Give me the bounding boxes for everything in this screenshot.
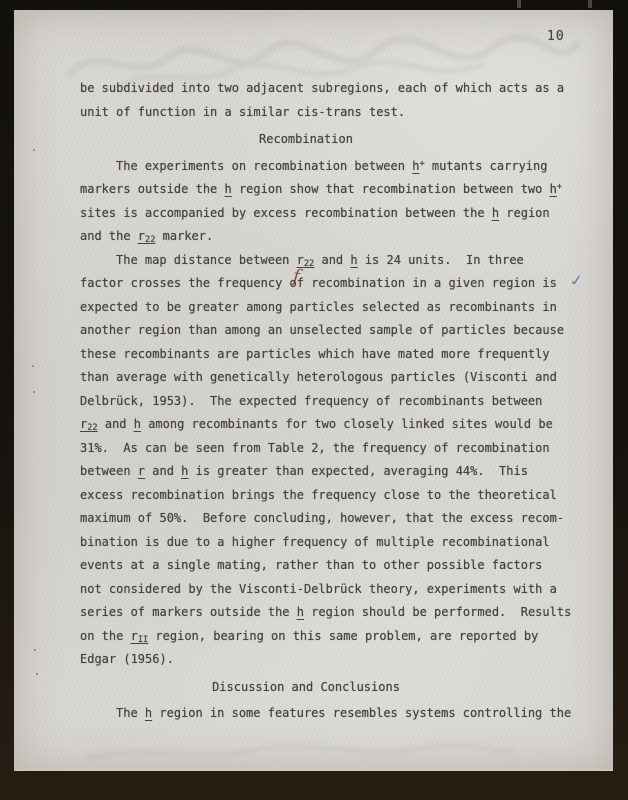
text-line: these recombinants are particles which h… — [80, 343, 560, 367]
text-line: factor crosses the frequency off recombi… — [80, 272, 560, 296]
scanned-page: 10 be subdivided into two adjacent subre… — [14, 10, 613, 771]
text-line: maximum of 50%. Before concluding, howev… — [80, 507, 560, 531]
paper-speck — [33, 391, 35, 393]
paper-speck — [36, 673, 38, 675]
section-heading: Discussion and Conclusions — [66, 676, 546, 700]
paper-speck — [33, 149, 35, 151]
text-line: The experiments on recombination between… — [80, 155, 560, 179]
text-line: another region than among an unselected … — [80, 319, 560, 343]
handwritten-correction: f — [292, 265, 301, 289]
text-line: excess recombination brings the frequenc… — [80, 484, 560, 508]
text-line: on the rII region, bearing on this same … — [80, 625, 560, 649]
text-line: The h region in some features resembles … — [80, 702, 560, 726]
text-line: 31%. As can be seen from Table 2, the fr… — [80, 437, 560, 461]
typed-text: be subdivided into two adjacent subregio… — [80, 77, 560, 726]
section-heading: Recombination — [66, 128, 546, 152]
text-line: bination is due to a higher frequency of… — [80, 531, 560, 555]
paper-speck — [32, 365, 34, 367]
text-line: between r and h is greater than expected… — [80, 460, 560, 484]
paper-speck — [34, 649, 36, 651]
text-line: sites is accompanied by excess recombina… — [80, 202, 560, 226]
text-line: unit of function in a similar cis-trans … — [80, 101, 560, 125]
bleedthrough-ghost-text — [84, 740, 514, 766]
text-line: Edgar (1956). — [80, 648, 560, 672]
text-line: events at a single mating, rather than t… — [80, 554, 560, 578]
text-line: not considered by the Visconti-Delbrück … — [80, 578, 560, 602]
text-line: r22 and h among recombinants for two clo… — [80, 413, 560, 437]
text-line: Delbrück, 1953). The expected frequency … — [80, 390, 560, 414]
text-line: and the r22 marker. — [80, 225, 560, 249]
text-line: series of markers outside the h region s… — [80, 601, 560, 625]
margin-checkmark: ✓ — [568, 268, 585, 294]
text-line: markers outside the h region show that r… — [80, 178, 560, 202]
text-line: The map distance between r22 and h is 24… — [80, 249, 560, 273]
film-notch — [588, 0, 592, 8]
text-line: expected to be greater among particles s… — [80, 296, 560, 320]
text-line: than average with genetically heterologo… — [80, 366, 560, 390]
text-line: be subdivided into two adjacent subregio… — [80, 77, 560, 101]
page-number: 10 — [547, 29, 565, 44]
film-notch — [517, 0, 521, 8]
